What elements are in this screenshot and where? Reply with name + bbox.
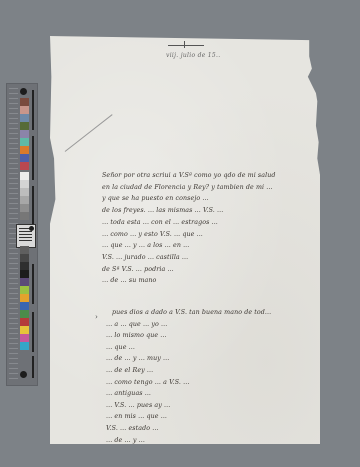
text-line: ... de ... y ... muy ... [106, 353, 322, 365]
color-patch [20, 122, 29, 130]
color-patch [20, 270, 29, 278]
color-patch [20, 188, 29, 196]
text-line: ... V.S. ... pues ay ... [106, 400, 322, 412]
color-patch [20, 196, 29, 204]
text-line: ... de el Rey ... [106, 365, 322, 377]
top-mark-cross [184, 41, 185, 48]
color-patch [20, 302, 29, 310]
text-line: en la ciudad de Florencia y Rey? y tambi… [102, 182, 320, 194]
registration-dot-bottom [20, 371, 27, 378]
text-line: ... lo mismo que ... [106, 330, 322, 342]
color-patch [20, 334, 29, 342]
text-line: ... a ... que ... yo ... [106, 319, 322, 331]
color-patch [20, 254, 29, 262]
text-line: ... de ... su mano [102, 275, 320, 287]
scale-bar [32, 186, 34, 226]
color-patch [20, 172, 29, 180]
scale-bar [32, 356, 34, 378]
text-line: ... como ... y esto V.S. ... que ... [102, 229, 320, 241]
color-patch [20, 98, 29, 106]
foliation-note: viij. julio de 15.. [166, 52, 220, 59]
margin-stroke [65, 114, 113, 152]
text-line: y que se ha puesto en consejo ... [102, 193, 320, 205]
registration-dot-top [20, 88, 27, 95]
color-patch [20, 162, 29, 170]
color-patch [20, 262, 29, 270]
scale-bar [32, 264, 34, 304]
text-line: ... antiguas ... [106, 388, 322, 400]
paragraph-1: Señor por otra scriui a V.Sª como yo qdo… [102, 170, 320, 287]
color-patch [20, 180, 29, 188]
color-patch [20, 204, 29, 212]
color-patch [20, 154, 29, 162]
text-line: de Sª V.S. ... podria ... [102, 264, 320, 276]
paragraph-2: pues dios a dado a V.S. tan buena mano d… [106, 307, 322, 458]
color-patch [20, 212, 29, 220]
margin-mark: › [95, 313, 98, 321]
text-line: Señor por otra scriui a V.Sª como yo qdo… [102, 170, 320, 182]
top-mark [168, 45, 204, 46]
scale-bar [32, 312, 34, 352]
text-line: V.S. ... estado ... [106, 423, 322, 435]
color-patch [20, 326, 29, 334]
color-patch [20, 294, 29, 302]
color-patch [20, 246, 29, 254]
color-patch [20, 310, 29, 318]
color-patch [20, 138, 29, 146]
scale-bar [32, 90, 34, 130]
manuscript-page: viij. julio de 15.. Señor por otra scriu… [50, 36, 320, 444]
color-patch [20, 318, 29, 326]
text-line: V.S. ... jurado ... castilla ... [102, 252, 320, 264]
text-line: ... que ... y ... a los ... en ... [102, 240, 320, 252]
registration-dot-mid [29, 226, 34, 231]
text-line: pues dios a dado a V.S. tan buena mano d… [112, 307, 322, 319]
color-patch [20, 114, 29, 122]
text-line: ... como tengo ... a V.S. ... [106, 377, 322, 389]
color-patch [20, 286, 29, 294]
color-patch [20, 342, 29, 350]
text-line: ... pues V.S. ... de ... [106, 446, 322, 458]
text-line: ... que ... [106, 342, 322, 354]
text-line: ... en mis ... que ... [106, 411, 322, 423]
color-patch [20, 278, 29, 286]
color-patch [20, 106, 29, 114]
text-line: ... de ... y ... [106, 435, 322, 447]
color-patch [20, 130, 29, 138]
scale-bar [32, 136, 34, 180]
text-line: de los freyes. ... las mismas ... V.S. .… [102, 205, 320, 217]
text-line: ... toda esta ... con el ... estragos ..… [102, 217, 320, 229]
color-patch [20, 146, 29, 154]
color-calibration-target [6, 83, 38, 386]
